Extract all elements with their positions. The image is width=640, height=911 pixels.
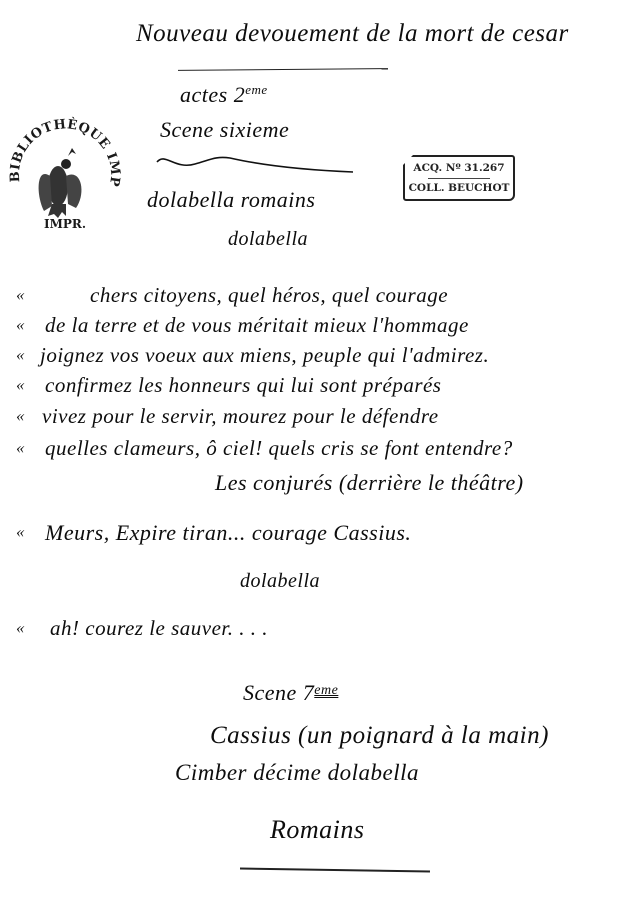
stage-direction-conjures: Les conjurés (derrière le théâtre)	[215, 470, 524, 496]
acquisition-stamp: ACQ. Nº 31.267 COLL. BEUCHOT	[403, 155, 515, 201]
verse-line-6: quelles clameurs, ô ciel! quels cris se …	[45, 436, 513, 461]
act-suffix: eme	[245, 82, 267, 97]
scene-characters: dolabella romains	[147, 187, 315, 213]
stamp-rule	[428, 178, 490, 179]
collection-name: COLL. BEUCHOT	[405, 182, 513, 194]
verse-line-2: de la terre et de vous méritait mieux l'…	[45, 313, 469, 338]
verse-line-conjures: Meurs, Expire tiran... courage Cassius.	[45, 520, 411, 546]
quote-mark: «	[16, 438, 25, 458]
scene-heading: Scene sixieme	[160, 117, 289, 143]
quote-mark: «	[16, 406, 25, 426]
quote-mark: «	[16, 618, 25, 638]
title-underline	[178, 68, 388, 71]
act-label: actes 2	[180, 82, 245, 107]
stage-direction-cassius: Cassius (un poignard à la main)	[210, 722, 549, 750]
library-stamp: BIBLIOTHÈQUE IMPÉRIALE IMPR.	[6, 116, 124, 234]
verse-line-3: joignez vos voeux aux miens, peuple qui …	[40, 343, 489, 368]
manuscript-title: Nouveau devouement de la mort de cesar	[136, 20, 569, 48]
verse-line-1: chers citoyens, quel héros, quel courage	[90, 283, 448, 308]
scene-7-label: Scene 7	[243, 680, 314, 705]
quote-mark: «	[16, 345, 25, 365]
verse-line-4: confirmez les honneurs qui lui sont prép…	[45, 373, 441, 398]
act-heading: actes 2eme	[180, 82, 268, 108]
scene-7-suffix: eme	[314, 683, 338, 698]
quote-mark: «	[16, 315, 25, 335]
speaker-dolabella-2: dolabella	[240, 570, 320, 593]
speaker-romains: Romains	[270, 815, 365, 845]
eagle-icon	[39, 148, 82, 218]
flourish-divider	[155, 150, 355, 180]
quote-mark: «	[16, 375, 25, 395]
verse-line-dolabella: ah! courez le sauver. . . .	[50, 616, 268, 641]
scene-7-heading: Scene 7eme	[243, 680, 338, 706]
quote-mark: «	[16, 522, 25, 542]
stamp-text-bottom: IMPR.	[44, 217, 86, 231]
verse-line-5: vivez pour le servir, mourez pour le déf…	[42, 404, 439, 429]
acquisition-number: ACQ. Nº 31.267	[405, 162, 513, 174]
speaker-dolabella: dolabella	[228, 228, 308, 251]
end-underline	[240, 868, 430, 872]
quote-mark: «	[16, 285, 25, 305]
stage-direction-cimber: Cimber décime dolabella	[175, 760, 419, 786]
